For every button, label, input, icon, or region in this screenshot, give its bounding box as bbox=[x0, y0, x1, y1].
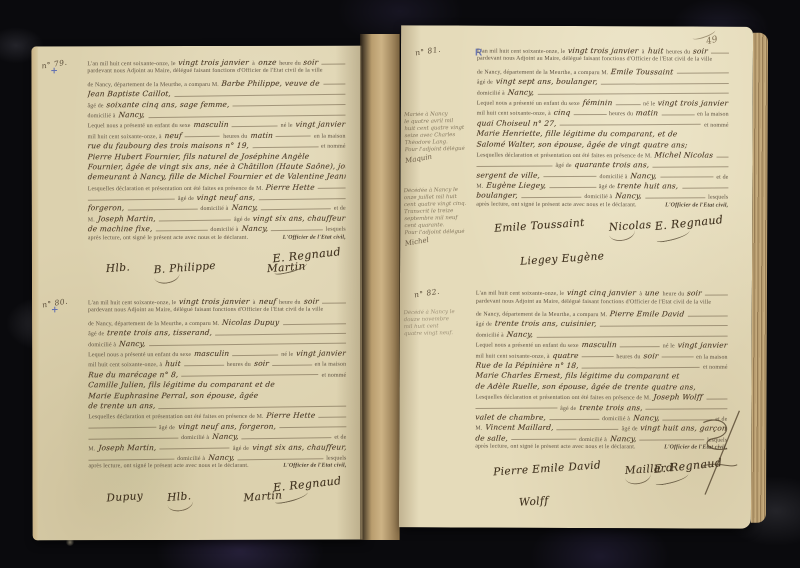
printed-text: domicilié à bbox=[476, 332, 504, 338]
printed-text: heures du bbox=[223, 134, 247, 140]
printed-text: domicilié à bbox=[210, 227, 238, 233]
handwritten-text: soir bbox=[693, 47, 709, 56]
record-line: Lequel nous a présenté un enfant du sexe… bbox=[88, 120, 346, 131]
printed-text: né le bbox=[281, 352, 293, 358]
rule-fill-line bbox=[232, 126, 278, 128]
page-edge-stack bbox=[751, 33, 768, 523]
rule-fill-line bbox=[238, 458, 324, 460]
record-line: domicilié àNancy,lesquels bbox=[88, 453, 346, 464]
record-line: domicilié àNancy, bbox=[88, 110, 346, 121]
rule-fill-line bbox=[645, 197, 705, 198]
handwritten-text: Michel Nicolas bbox=[654, 150, 714, 159]
margin-note: Décédé à Nancy ledouze novembremil huit … bbox=[403, 309, 472, 338]
printed-text: en la maison bbox=[315, 362, 347, 368]
right-page-records: n° 81.L'an mil huit cent soixante-onze, … bbox=[475, 46, 729, 500]
printed-text: heures du bbox=[609, 111, 633, 117]
handwritten-text: masculin bbox=[581, 340, 617, 349]
printed-text: heure du bbox=[279, 300, 301, 306]
handwritten-text: féminin bbox=[582, 98, 613, 107]
signature-row: Hlb.B. PhilippeMartinE. Regnaud bbox=[88, 249, 346, 290]
printed-text: L'an mil huit cent soixante-onze, le bbox=[87, 61, 175, 67]
printed-text: Lequel nous a présenté un enfant du sexe bbox=[477, 101, 580, 107]
handwritten-text: Emile Toussaint bbox=[611, 67, 674, 76]
handwritten-text: de salle, bbox=[475, 433, 508, 442]
handwritten-text: Joseph Martin, bbox=[98, 443, 157, 452]
handwritten-text: soir bbox=[303, 297, 319, 306]
rule-fill-line bbox=[322, 302, 346, 303]
right-page: R 49 Mariée à Nancyle quatre avril milhu… bbox=[399, 25, 753, 529]
printed-text: âgé de bbox=[178, 196, 194, 202]
printed-text: mil huit cent soixante-onze, à bbox=[88, 134, 162, 140]
printed-text: et de bbox=[334, 435, 346, 441]
rule-fill-line bbox=[181, 374, 318, 377]
printed-text: pardevant nous Adjoint au Maire, délégué… bbox=[477, 56, 712, 63]
handwritten-text: Nancy, bbox=[507, 87, 534, 96]
signature: B. Philippe bbox=[153, 260, 217, 284]
rule-fill-line bbox=[705, 294, 728, 295]
handwritten-text: boulanger, bbox=[476, 191, 518, 200]
printed-text: de Nancy, département de la Meurthe, a c… bbox=[476, 312, 607, 319]
rule-fill-line bbox=[639, 440, 704, 441]
handwritten-text: soixante cinq ans, sage femme, bbox=[106, 99, 230, 108]
rule-fill-line bbox=[276, 136, 311, 137]
printed-text: âgé de bbox=[476, 322, 492, 328]
handwritten-text: Vincent Maillard, bbox=[485, 423, 554, 432]
rule-fill-line bbox=[560, 124, 701, 126]
rule-fill-line bbox=[582, 356, 614, 357]
handwritten-text: vingt neuf ans, bbox=[197, 193, 256, 202]
handwritten-text: soir bbox=[687, 289, 703, 298]
handwritten-text: Marie Henriette, fille légitime du compa… bbox=[477, 129, 678, 139]
civil-record: n° 80.+L'an mil huit cent soixante-onze,… bbox=[88, 297, 347, 518]
printed-text: L'an mil huit cent soixante-onze, le bbox=[476, 291, 564, 297]
handwritten-text: Camille Julien, fils légitime du compara… bbox=[88, 380, 275, 389]
record-line: de Nancy, département de la Meurthe, a c… bbox=[87, 78, 345, 89]
printed-text: heure du bbox=[279, 61, 301, 67]
printed-text: domicilié à bbox=[602, 416, 630, 422]
printed-text: Lesquelles déclaration et présentation o… bbox=[477, 152, 652, 159]
handwritten-text: vingt six ans, chauffeur bbox=[253, 213, 346, 222]
left-page: n° 79.+L'an mil huit cent soixante-onze,… bbox=[31, 46, 362, 541]
handwritten-text: masculin bbox=[194, 349, 230, 358]
official-signature: E. Regnaud bbox=[272, 245, 343, 274]
civil-record: n° 79.+L'an mil huit cent soixante-onze,… bbox=[87, 58, 346, 290]
handwritten-text: quatre bbox=[552, 350, 579, 359]
handwritten-text: Nancy, bbox=[506, 330, 533, 339]
printed-text: et nommé bbox=[322, 372, 347, 378]
record-line: pardevant nous Adjoint au Maire, délégué… bbox=[88, 307, 346, 318]
printed-text: et nommé bbox=[321, 144, 346, 150]
margin-note-signature: Maquin bbox=[405, 154, 433, 165]
rule-fill-line bbox=[318, 188, 346, 189]
blue-cross-mark: + bbox=[51, 306, 93, 314]
handwritten-text: huit bbox=[165, 359, 181, 368]
handwritten-text: quai Choiseul n° 27, bbox=[477, 118, 557, 127]
rule-fill-line bbox=[536, 335, 727, 337]
record-line: domicilié àNancy, bbox=[88, 338, 346, 349]
rule-fill-line bbox=[660, 177, 713, 178]
handwritten-text: vingt cinq janvier bbox=[567, 288, 637, 297]
rule-fill-line bbox=[549, 187, 596, 188]
rule-fill-line bbox=[242, 437, 332, 439]
rule-fill-line bbox=[323, 84, 345, 85]
left-page-records: n° 79.+L'an mil huit cent soixante-onze,… bbox=[87, 58, 346, 518]
printed-text: et nommé bbox=[704, 122, 729, 128]
handwritten-text: Pierre Hette bbox=[266, 182, 316, 191]
margin-note-line: Pour l'adjoint délégué bbox=[405, 229, 473, 237]
record-line: L'an mil huit cent soixante-onze, leving… bbox=[88, 297, 346, 308]
rule-fill-line bbox=[620, 346, 660, 347]
record-line: domicilié àNancy,et de bbox=[88, 432, 346, 443]
handwritten-text: Pierre Hette bbox=[266, 411, 316, 420]
rule-fill-line bbox=[160, 448, 230, 450]
rule-fill-line bbox=[322, 63, 346, 64]
handwritten-text: vingt trois janvier bbox=[568, 46, 639, 55]
rule-fill-line bbox=[259, 198, 346, 200]
handwritten-text: neuf bbox=[258, 297, 276, 306]
rule-fill-line bbox=[661, 357, 693, 358]
rule-fill-line bbox=[662, 114, 695, 115]
rule-fill-line bbox=[717, 156, 729, 157]
printed-text: après lecture, ont signé le présent acte… bbox=[476, 201, 636, 208]
record-line: après lecture, ont signé le présent acte… bbox=[476, 201, 728, 212]
record-line: Lesquelles déclaration et présentation o… bbox=[88, 182, 346, 193]
printed-text: L'an mil huit cent soixante-onze, le bbox=[477, 49, 565, 55]
handwritten-text: Fournier, âgée de vingt six ans, née à C… bbox=[88, 162, 346, 172]
handwritten-text: vingt trois janvier bbox=[658, 98, 729, 107]
printed-text: et de bbox=[334, 206, 346, 212]
record-line: Camille Julien, fils légitime du compara… bbox=[88, 380, 346, 391]
printed-text: domicilié à bbox=[579, 437, 607, 443]
handwritten-text: soir bbox=[253, 359, 269, 368]
record-line: âgé detrente trois ans, tisserand, bbox=[88, 328, 346, 339]
record-margin: n° 81. bbox=[415, 45, 457, 54]
rule-fill-line bbox=[174, 94, 345, 97]
handwritten-text: masculin bbox=[193, 120, 229, 129]
printed-text: né le bbox=[643, 101, 655, 107]
rule-fill-line bbox=[88, 458, 174, 460]
rule-fill-line bbox=[271, 229, 323, 231]
handwritten-text: une bbox=[645, 289, 660, 298]
official-signature: E. Regnaud bbox=[273, 474, 344, 503]
rule-fill-line bbox=[148, 114, 345, 118]
rule-fill-line bbox=[184, 365, 224, 367]
handwritten-text: Barbe Philippe, veuve de bbox=[222, 78, 321, 87]
printed-text: domicilié à bbox=[584, 195, 612, 201]
handwritten-text: trente trois ans, tisserand, bbox=[107, 328, 213, 337]
signature: Pierre Emile David bbox=[493, 459, 602, 478]
printed-text: lesquels bbox=[326, 227, 346, 233]
rule-fill-line bbox=[272, 365, 312, 367]
rule-fill-line bbox=[232, 354, 278, 356]
printed-text: pardevant nous Adjoint au Maire, délégué… bbox=[88, 307, 323, 314]
handwritten-text: demeurant à Nancy, fille de Michel Fourn… bbox=[88, 172, 346, 182]
rule-fill-line bbox=[557, 429, 619, 430]
rule-fill-line bbox=[319, 416, 347, 417]
rule-fill-line bbox=[511, 439, 576, 440]
record-line: de trente un ans, bbox=[88, 401, 346, 412]
handwritten-text: Nancy, bbox=[119, 339, 146, 348]
handwritten-text: huit bbox=[647, 46, 663, 55]
printed-text: âgé de bbox=[88, 103, 104, 109]
printed-text: Lesquelles déclaration et présentation o… bbox=[88, 186, 263, 192]
signature: Nicolas bbox=[608, 219, 652, 242]
printed-text: à bbox=[639, 292, 642, 298]
officer-label: L'Officier de l'État civil, bbox=[283, 234, 346, 240]
rule-fill-line bbox=[88, 437, 178, 439]
official-signature: E. Regnaud bbox=[655, 213, 725, 242]
printed-text: pardevant nous Adjoint au Maire, délégué… bbox=[87, 68, 322, 75]
printed-text: après lecture, ont signé le présent acte… bbox=[88, 235, 248, 241]
rule-fill-line bbox=[476, 165, 552, 166]
handwritten-text: sergent de ville, bbox=[476, 170, 540, 179]
printed-text: M. bbox=[475, 426, 482, 432]
printed-text: Lesquelles déclaration et présentation o… bbox=[88, 414, 263, 420]
record-line: mil huit cent soixante-onze, àhuitheures… bbox=[88, 359, 346, 370]
handwritten-text: vingt trois janvier bbox=[179, 297, 250, 306]
printed-text: Lequel nous a présenté un enfant du sexe bbox=[88, 123, 191, 129]
handwritten-text: cinq bbox=[553, 108, 571, 117]
rule-fill-line bbox=[233, 104, 346, 106]
rule-fill-line bbox=[88, 427, 156, 429]
rule-fill-line bbox=[688, 315, 728, 316]
record-line: de machine fixe,domicilié àNancy,lesquel… bbox=[88, 224, 346, 235]
record-line: M.Joseph Martin,âgé devingt six ans, cha… bbox=[88, 442, 346, 453]
rule-fill-line bbox=[261, 208, 331, 210]
printed-text: Lequel nous a présenté un enfant du sexe bbox=[476, 343, 579, 349]
handwritten-text: Joseph Wolff bbox=[653, 392, 703, 401]
printed-text: mil huit cent soixante-onze, à bbox=[477, 111, 551, 117]
handwritten-text: Jean Baptiste Caillot, bbox=[87, 89, 171, 98]
signature: Emile Toussaint bbox=[494, 217, 585, 235]
printed-text: M. bbox=[88, 217, 95, 223]
rule-fill-line bbox=[149, 343, 346, 347]
printed-text: âgé de bbox=[234, 217, 250, 223]
record-line: après lecture, ont signé le présent acte… bbox=[475, 444, 727, 455]
handwritten-text: forgeron, bbox=[88, 204, 125, 213]
handwritten-text: vingt janvier bbox=[296, 349, 346, 358]
printed-text: lesquels bbox=[326, 455, 346, 461]
rule-fill-line bbox=[185, 136, 220, 137]
handwritten-text: Nancy, bbox=[208, 453, 235, 462]
signature: Hlb. bbox=[166, 490, 193, 512]
rule-fill-line bbox=[159, 405, 347, 408]
rule-fill-line bbox=[574, 114, 607, 115]
handwritten-text: rue du faubourg des trois maisons n° 19, bbox=[88, 141, 250, 150]
printed-text: après lecture, ont signé le présent acte… bbox=[475, 444, 635, 451]
record-line: après lecture, ont signé le présent acte… bbox=[88, 463, 346, 474]
signature: Liegey Eugène bbox=[520, 250, 605, 267]
handwritten-text: onze bbox=[258, 58, 277, 67]
rule-fill-line bbox=[582, 367, 700, 369]
officer-label: L'Officier de l'État civil, bbox=[283, 463, 346, 469]
ink-scribble-icon bbox=[697, 409, 743, 501]
officer-label: L'Officier de l'État civil, bbox=[665, 202, 728, 208]
record-line: L'an mil huit cent soixante-onze, leving… bbox=[87, 58, 345, 69]
record-line: après lecture, ont signé le présent acte… bbox=[88, 234, 346, 245]
record-line: M.Joseph Martin,âgé devingt six ans, cha… bbox=[88, 213, 346, 224]
civil-record: n° 81.L'an mil huit cent soixante-onze, … bbox=[476, 46, 729, 257]
handwritten-text: matin bbox=[636, 109, 659, 118]
printed-text: âgé de bbox=[233, 445, 249, 451]
printed-text: âgé de bbox=[88, 331, 104, 337]
record-line: demeurant à Nancy, fille de Michel Fourn… bbox=[88, 172, 346, 183]
record-line: Lequel nous a présenté un enfant du sexe… bbox=[88, 349, 346, 360]
printed-text: domicilié à bbox=[600, 174, 628, 180]
record-line: Jean Baptiste Caillot, bbox=[87, 89, 345, 100]
handwritten-text: trente trois ans, cuisinier, bbox=[494, 319, 597, 328]
rule-fill-line bbox=[215, 333, 346, 336]
handwritten-text: neuf bbox=[164, 131, 182, 140]
handwritten-text: soir bbox=[643, 351, 659, 360]
rule-fill-line bbox=[159, 219, 231, 221]
handwritten-text: trente trois ans, bbox=[579, 403, 643, 412]
printed-text: en la maison bbox=[696, 354, 728, 360]
rule-fill-line bbox=[88, 198, 175, 200]
handwritten-text: de Adèle Ruelle, son épouse, âgée de tre… bbox=[475, 381, 696, 391]
blue-cross-mark: + bbox=[50, 67, 92, 75]
printed-text: Lesquelles déclaration et présentation o… bbox=[475, 395, 650, 402]
printed-text: domicilié à bbox=[200, 206, 228, 212]
rule-fill-line bbox=[601, 83, 729, 85]
printed-text: de Nancy, département de la Meurthe, a c… bbox=[87, 82, 218, 88]
rule-fill-line bbox=[600, 325, 728, 327]
handwritten-text: Nancy, bbox=[212, 432, 239, 441]
handwritten-text: vingt six ans, chauffeur, bbox=[252, 442, 347, 451]
handwritten-text: soir bbox=[303, 58, 319, 67]
handwritten-text: vingt neuf ans, forgeron, bbox=[178, 422, 277, 431]
signature: Dupuy bbox=[106, 490, 143, 505]
printed-text: âgé de bbox=[555, 163, 571, 169]
signature-row: Pierre Emile DavidMaillardWolffE. Regnau… bbox=[475, 458, 727, 499]
handwritten-text: vingt sept ans, boulanger, bbox=[496, 77, 599, 86]
record-line: rue du faubourg des trois maisons n° 19,… bbox=[88, 141, 346, 152]
printed-text: mil huit cent soixante-onze, à bbox=[88, 362, 162, 368]
printed-text: domicilié à bbox=[477, 90, 505, 96]
printed-text: domicilié à bbox=[88, 342, 116, 348]
handwritten-text: valet de chambre, bbox=[475, 413, 546, 422]
rule-fill-line bbox=[711, 52, 729, 53]
handwritten-text: matin bbox=[250, 131, 273, 140]
handwritten-text: Nancy, bbox=[609, 434, 636, 443]
printed-text: et de bbox=[716, 174, 728, 180]
record-line: Lesquelles déclaration et présentation o… bbox=[88, 411, 346, 422]
handwritten-text: de machine fixe, bbox=[88, 224, 153, 233]
record-line: de Nancy, département de la Meurthe, a c… bbox=[88, 317, 346, 328]
printed-text: à bbox=[253, 300, 256, 306]
handwritten-text: Marie Charles Ernest, fils légitime du c… bbox=[476, 371, 680, 381]
rule-fill-line bbox=[652, 166, 728, 167]
printed-text: domicilié à bbox=[88, 113, 116, 119]
printed-text: né le bbox=[663, 344, 675, 350]
handwritten-text: de trente un ans, bbox=[88, 401, 156, 410]
record-line: mil huit cent soixante-onze, àneufheures… bbox=[88, 130, 346, 141]
printed-text: domicilié à bbox=[181, 435, 209, 441]
handwritten-text: Nancy, bbox=[615, 192, 642, 201]
record-number: n° 81. bbox=[415, 42, 458, 57]
printed-text: âgé de bbox=[477, 80, 493, 86]
printed-text: en la maison bbox=[314, 133, 346, 139]
handwritten-text: Marie Euphrasine Perral, son épouse, âgé… bbox=[88, 390, 258, 399]
handwritten-text: quarante trois ans, bbox=[574, 160, 650, 169]
rule-fill-line bbox=[128, 209, 198, 211]
margin-note-line: Pour l'adjoint délégué bbox=[405, 146, 473, 154]
record-margin: n° 80.+ bbox=[42, 297, 84, 314]
handwritten-text: vingt janvier bbox=[295, 120, 345, 129]
printed-text: L'an mil huit cent soixante-onze, le bbox=[88, 300, 176, 306]
printed-text: âgé de bbox=[560, 405, 576, 411]
civil-record: n° 82.L'an mil huit cent soixante-onze, … bbox=[475, 288, 728, 499]
printed-text: né le bbox=[281, 123, 293, 129]
book-gutter bbox=[360, 34, 400, 540]
signature: Hlb. bbox=[106, 261, 131, 275]
printed-text: de Nancy, département de la Meurthe, a c… bbox=[477, 69, 608, 76]
printed-text: à bbox=[252, 61, 255, 67]
handwritten-text: Nancy, bbox=[241, 224, 268, 233]
printed-text: Lequel nous a présenté un enfant du sexe bbox=[88, 352, 191, 358]
record-line: Marie Euphrasine Perral, son épouse, âgé… bbox=[88, 390, 346, 401]
printed-text: heures du bbox=[666, 49, 690, 55]
rule-fill-line bbox=[682, 187, 729, 188]
printed-text: de Nancy, département de la Meurthe, a c… bbox=[88, 321, 219, 327]
handwritten-text: Rue de la Pépinière n° 18, bbox=[476, 361, 580, 370]
handwritten-text: vingt janvier bbox=[677, 341, 727, 350]
rule-fill-line bbox=[677, 73, 729, 74]
printed-text: M. bbox=[476, 184, 483, 190]
printed-text: âgé de bbox=[159, 425, 175, 431]
signature-row: Emile ToussaintNicolasLiegey EugèneE. Re… bbox=[476, 216, 728, 257]
handwritten-text: Nicolas Dupuy bbox=[222, 318, 280, 327]
margin-note-signature: Michel bbox=[404, 237, 429, 248]
printed-text: après lecture, ont signé le présent acte… bbox=[88, 463, 248, 469]
handwritten-text: Joseph Martin, bbox=[97, 214, 156, 223]
printed-text: âgé de bbox=[599, 184, 615, 190]
rule-fill-line bbox=[521, 197, 581, 198]
record-line: pardevant nous Adjoint au Maire, délégué… bbox=[87, 68, 345, 79]
printed-text: domicilié à bbox=[177, 456, 205, 462]
rule-fill-line bbox=[616, 104, 641, 105]
handwritten-text: Nancy, bbox=[633, 413, 660, 422]
printed-text: mil huit cent soixante-onze, à bbox=[476, 353, 550, 359]
margin-note: Mariée à Nancyle quatre avril milhuit ce… bbox=[404, 111, 473, 164]
record-line: Pierre Hubert Fournier, fils naturel de … bbox=[88, 151, 346, 162]
signature: Wolff bbox=[519, 494, 549, 508]
rule-fill-line bbox=[156, 230, 208, 232]
signature-row: DupuyHlb.MartinE. Regnaud bbox=[88, 477, 346, 518]
rule-fill-line bbox=[706, 398, 727, 399]
handwritten-text: Nancy, bbox=[231, 203, 258, 212]
record-line: âgé devingt neuf ans, forgeron, bbox=[88, 421, 346, 432]
handwritten-text: trente huit ans, bbox=[617, 181, 679, 190]
handwritten-text: Nancy, bbox=[630, 171, 657, 180]
handwritten-text: Pierre Hubert Fournier, fils naturel de … bbox=[88, 151, 310, 161]
margin-note-line: quatre vingt neuf. bbox=[404, 330, 472, 338]
rule-fill-line bbox=[549, 418, 599, 419]
printed-text: en la maison bbox=[697, 112, 729, 118]
handwritten-text: Pierre Emile David bbox=[610, 309, 685, 318]
handwritten-text: Nancy, bbox=[118, 110, 145, 119]
rule-fill-line bbox=[543, 176, 596, 177]
rule-fill-line bbox=[537, 93, 728, 95]
handwritten-text: Eugène Liegey, bbox=[486, 181, 547, 190]
handwritten-text: vingt trois janvier bbox=[178, 58, 249, 67]
printed-text: et nommé bbox=[703, 365, 728, 371]
record-line: âgé desoixante cinq ans, sage femme, bbox=[87, 99, 345, 110]
record-line: forgeron,domicilié àNancy,et de bbox=[88, 203, 346, 214]
printed-text: heures du bbox=[616, 354, 640, 360]
printed-text: âgé de bbox=[622, 427, 638, 433]
record-line: âgé devingt neuf ans, bbox=[88, 193, 346, 204]
